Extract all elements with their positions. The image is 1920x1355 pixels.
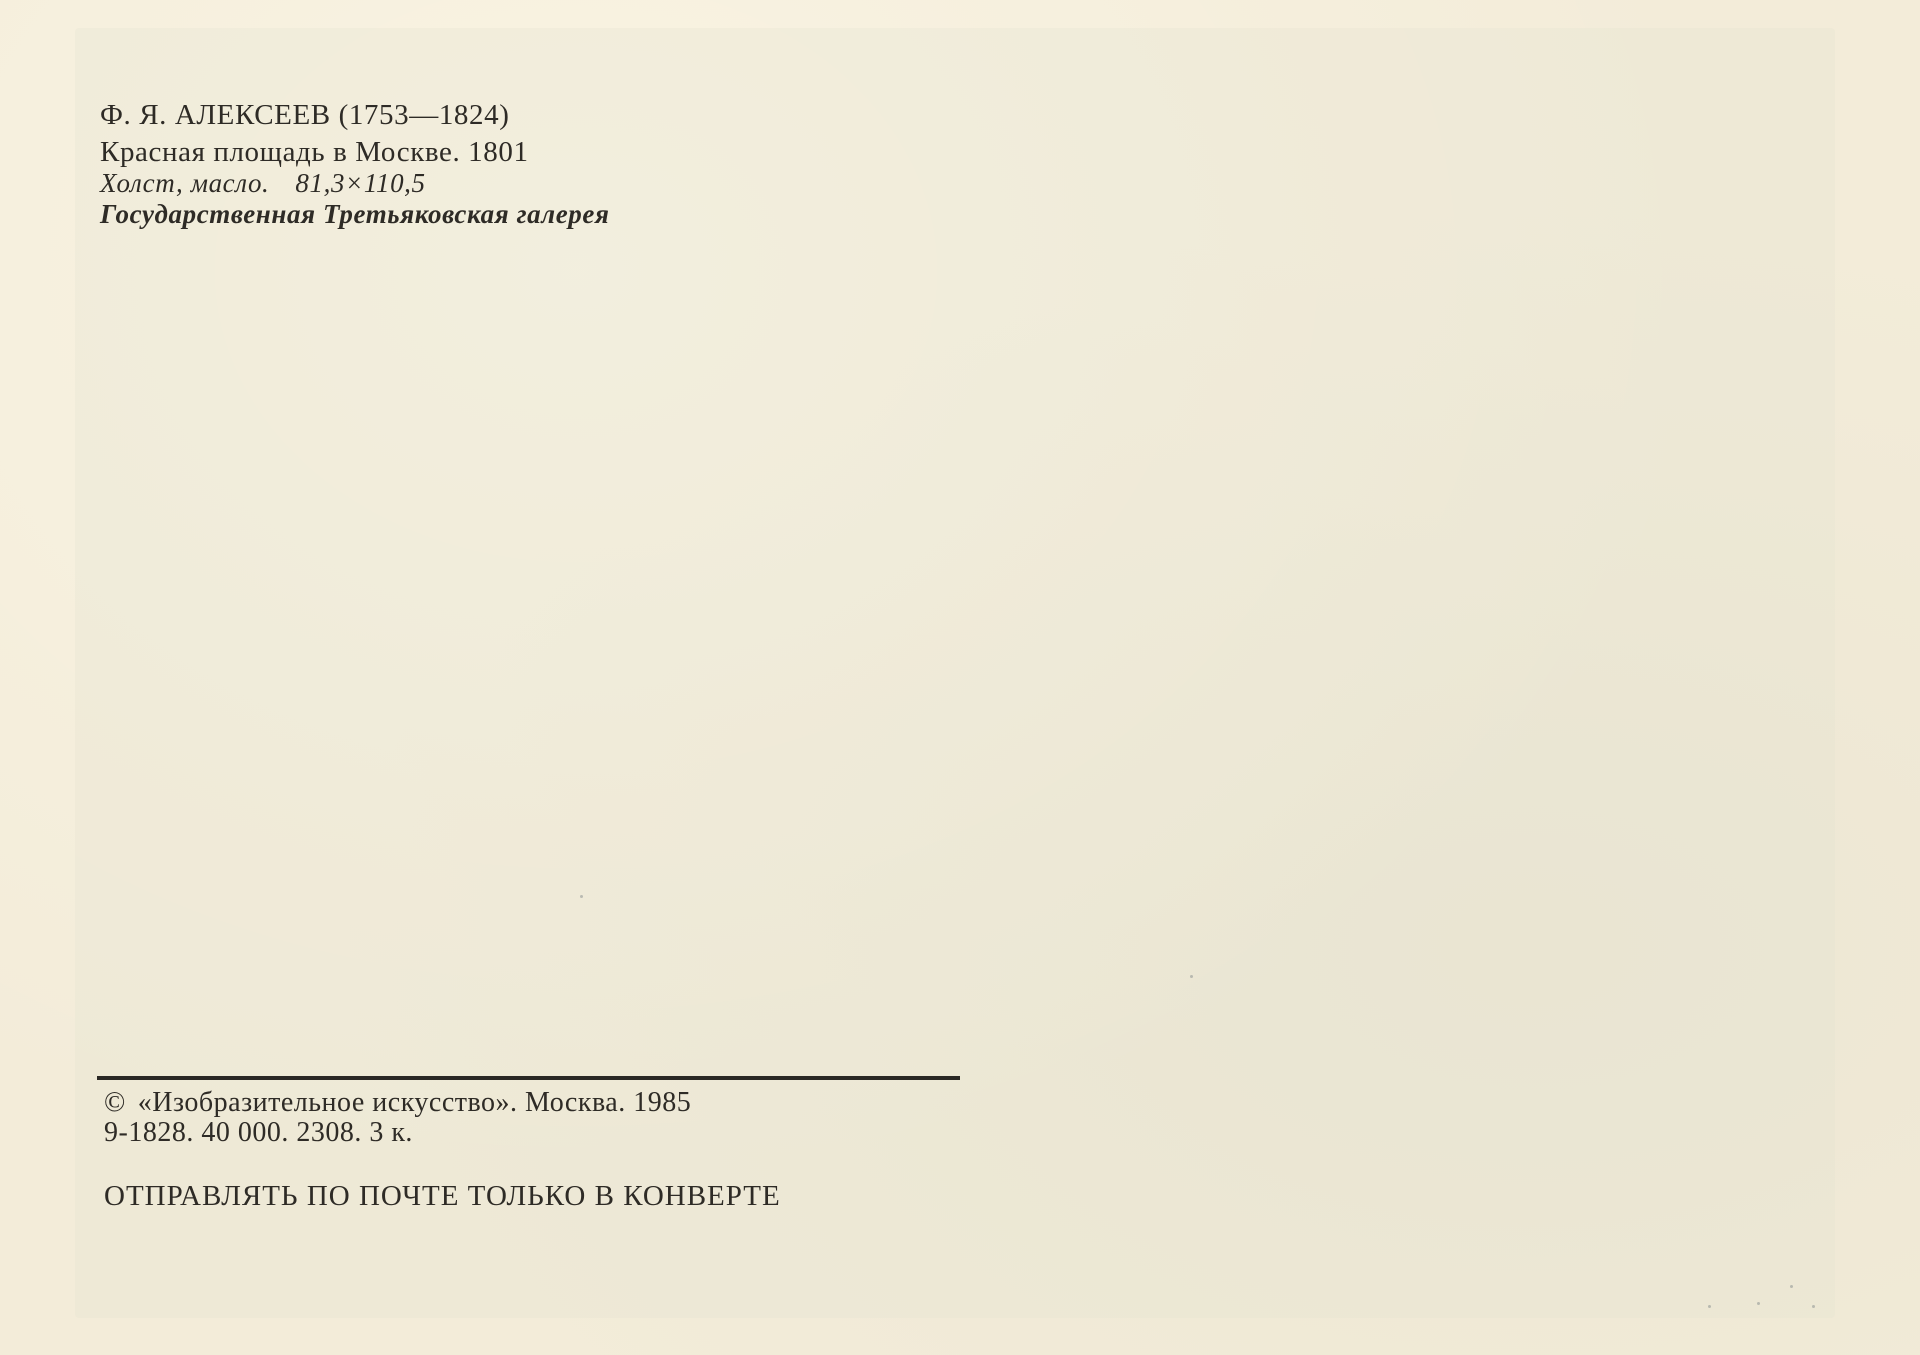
imprint-line: 9-1828. 40 000. 2308. 3 к.: [104, 1118, 781, 1148]
publisher-info: ©«Изобразительное искусство». Москва. 19…: [104, 1088, 781, 1211]
postcard-back: Ф. Я. АЛЕКСЕЕВ (1753—1824) Красная площа…: [0, 0, 1920, 1355]
paper-speck: [580, 895, 583, 898]
artwork-medium-line: Холст, масло.81,3×110,5: [100, 168, 609, 198]
artwork-caption: Ф. Я. АЛЕКСЕЕВ (1753—1824) Красная площа…: [100, 96, 609, 230]
artwork-dimensions: 81,3×110,5: [295, 168, 425, 198]
artwork-title: Красная площадь в Москве. 1801: [100, 136, 609, 168]
paper-speck: [1790, 1285, 1793, 1288]
paper-speck: [1757, 1302, 1760, 1305]
divider-rule: [97, 1076, 960, 1080]
paper-speck: [1190, 975, 1193, 978]
publisher-line: ©«Изобразительное искусство». Москва. 19…: [104, 1088, 781, 1118]
artwork-collection: Государственная Третьяковская галерея: [100, 198, 609, 230]
paper-speck: [1812, 1305, 1815, 1308]
paper-speck: [1708, 1305, 1711, 1308]
artist-name: Ф. Я. АЛЕКСЕЕВ (1753—1824): [100, 96, 609, 134]
copyright-icon: ©: [104, 1088, 126, 1118]
publisher-name: «Изобразительное искусство». Москва. 198…: [138, 1087, 691, 1118]
postal-notice: ОТПРАВЛЯТЬ ПО ПОЧТЕ ТОЛЬКО В КОНВЕРТЕ: [104, 1181, 781, 1211]
artwork-medium: Холст, масло.: [100, 168, 269, 198]
